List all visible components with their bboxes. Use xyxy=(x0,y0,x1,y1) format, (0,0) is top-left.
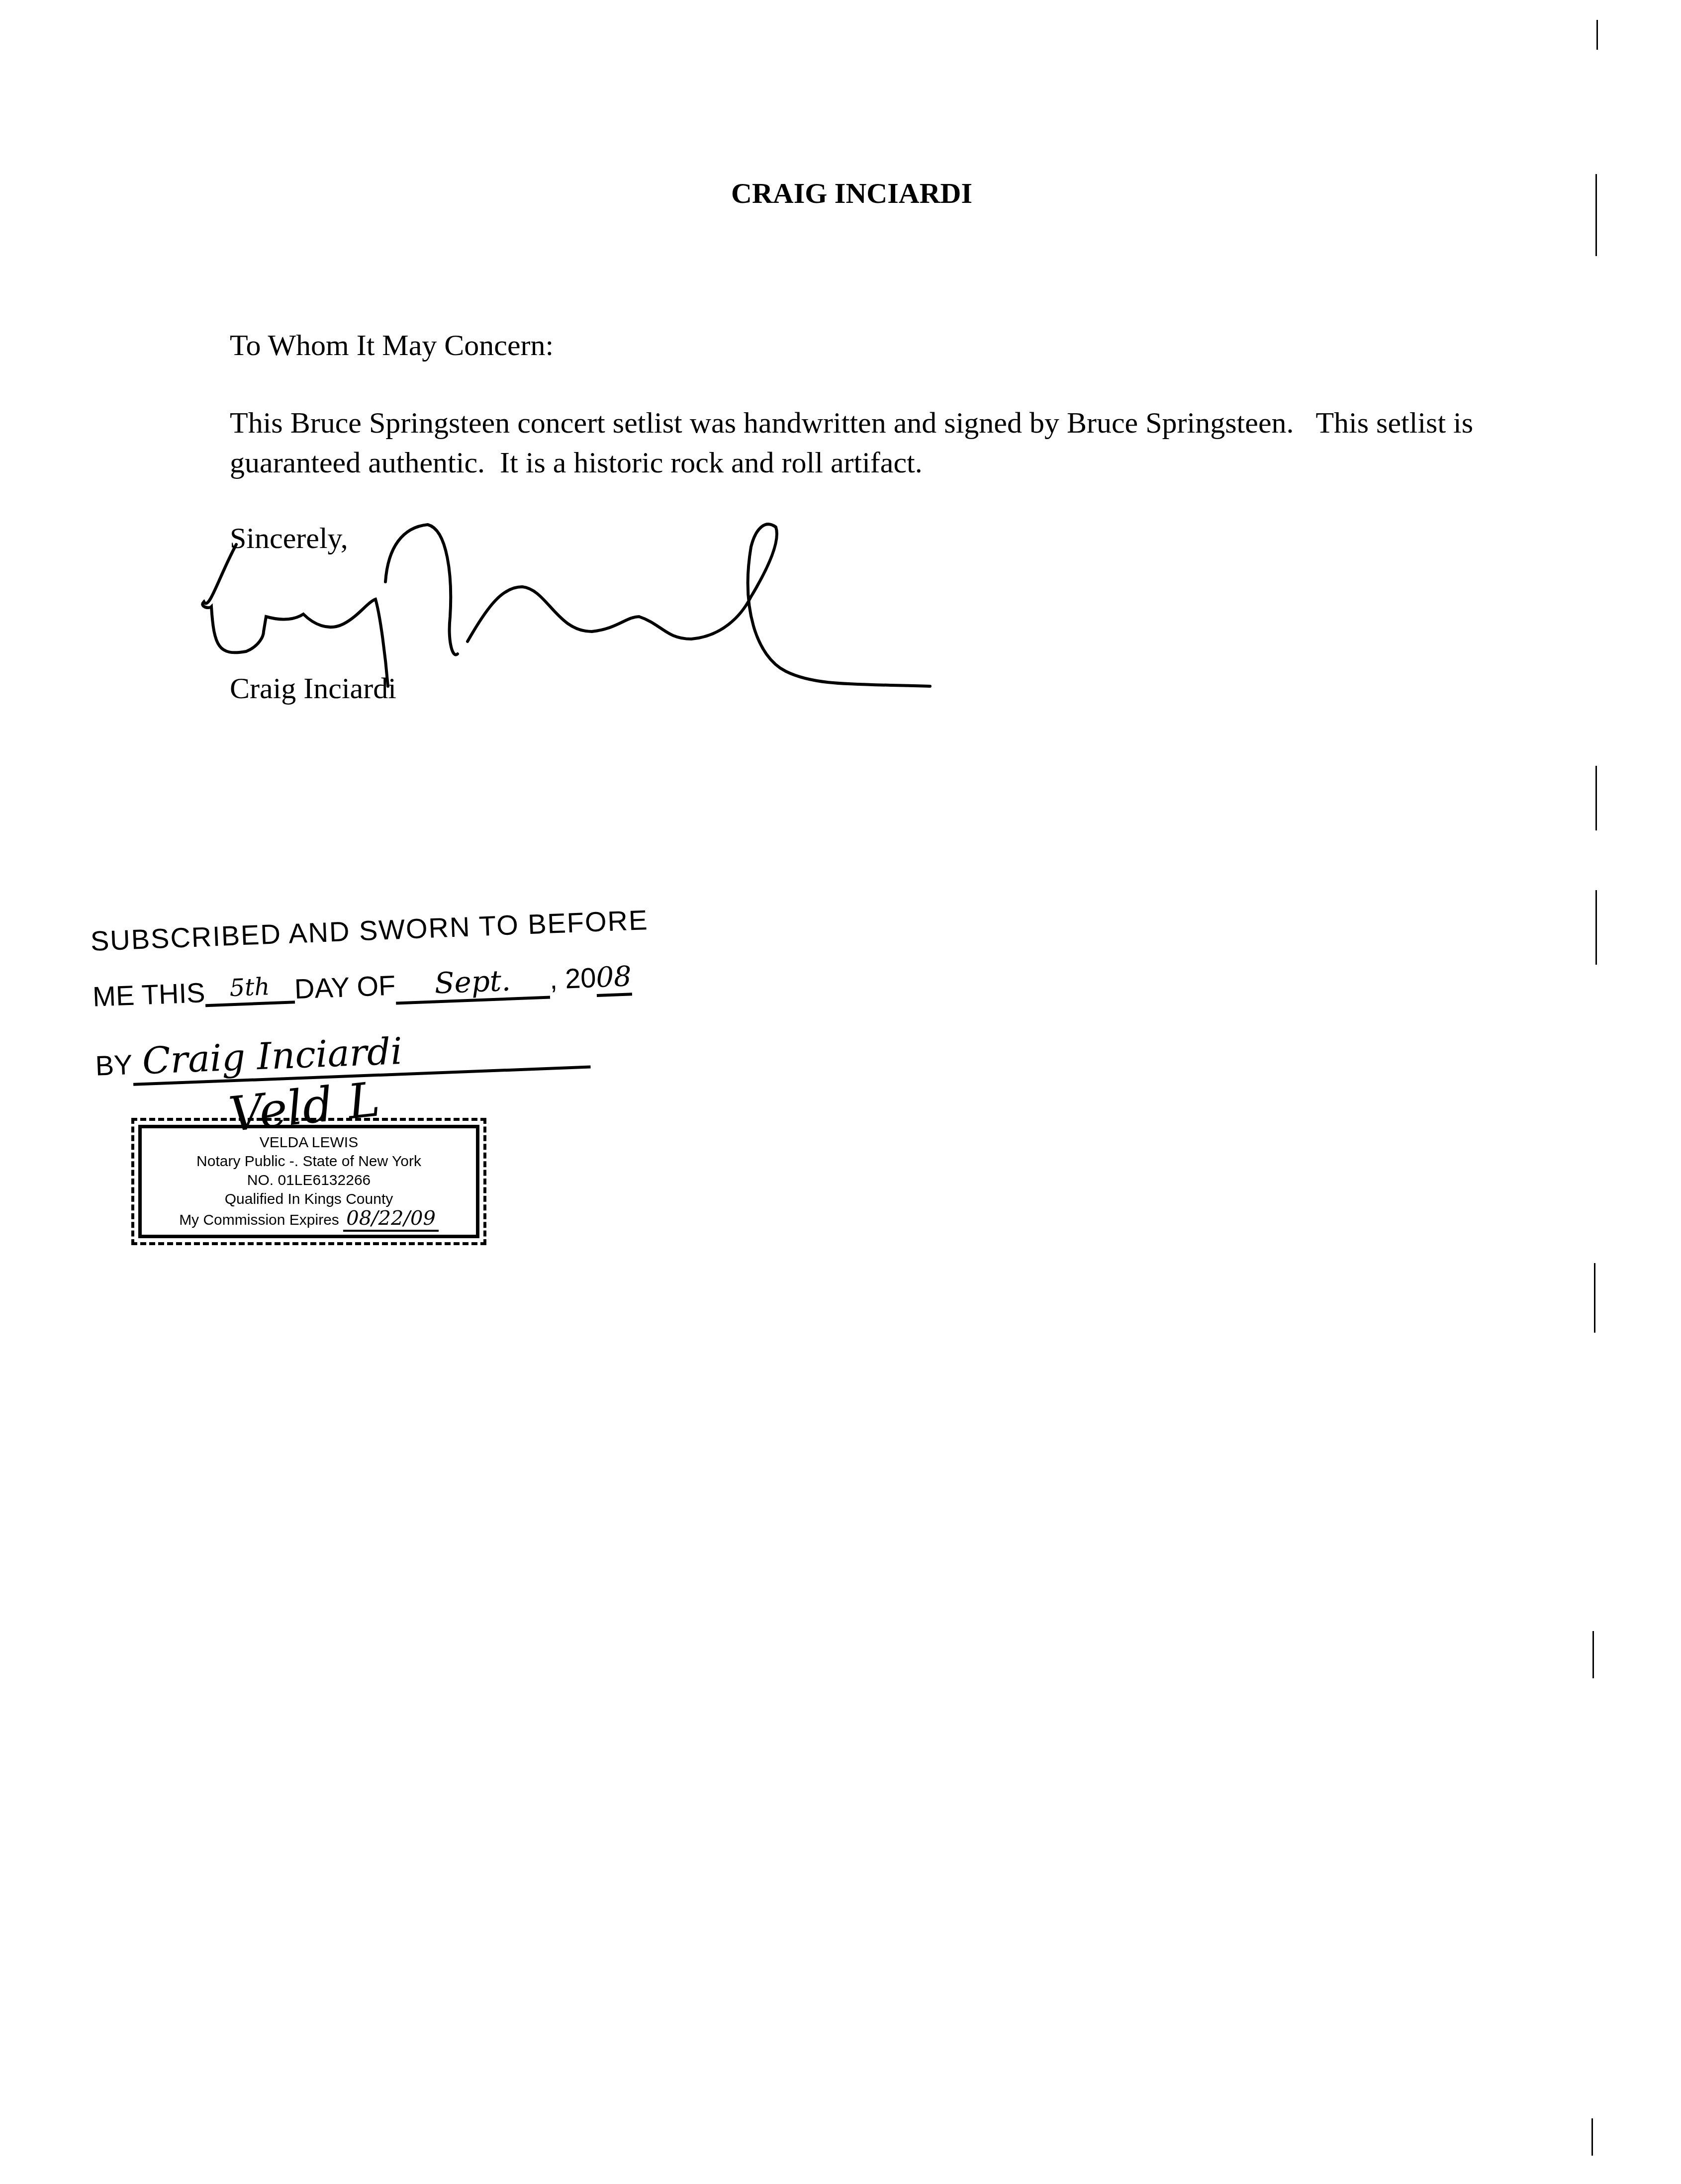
expires-value: 08/22/09 xyxy=(343,1207,439,1232)
jurat-heading: SUBSCRIBED AND SWORN TO BEFORE xyxy=(90,904,649,957)
handwritten-signature-icon xyxy=(189,517,945,696)
notary-expiration: My Commission Expires 08/22/09 xyxy=(142,1209,476,1230)
signer-name: Craig Inciardi xyxy=(230,671,396,706)
day-of-label: DAY OF xyxy=(294,970,396,1005)
scan-edge-mark xyxy=(1595,766,1597,830)
month-value: Sept. xyxy=(434,964,511,1001)
jurat-date-line: ME THIS5thDAY OFSept., 2008 xyxy=(92,959,632,1016)
year-suffix: 08 xyxy=(595,960,632,997)
day-value: 5th xyxy=(229,973,271,1002)
salutation: To Whom It May Concern: xyxy=(230,328,554,363)
month-field: Sept. xyxy=(395,962,551,1005)
notary-number: NO. 01LE6132266 xyxy=(142,1171,476,1190)
notary-county: Qualified In Kings County xyxy=(142,1190,476,1209)
notary-stamp: VELDA LEWIS Notary Public -. State of Ne… xyxy=(138,1125,479,1238)
scan-edge-mark xyxy=(1594,1263,1595,1333)
me-this-label: ME THIS xyxy=(92,977,205,1012)
year-prefix: , 20 xyxy=(549,962,597,995)
scan-edge-mark xyxy=(1595,174,1597,256)
notary-name: VELDA LEWIS xyxy=(142,1133,476,1152)
scan-edge-mark xyxy=(1591,2118,1593,2156)
scan-edge-mark xyxy=(1596,20,1598,50)
letter-body: This Bruce Springsteen concert setlist w… xyxy=(230,403,1533,482)
day-field: 5th xyxy=(204,973,295,1007)
by-label: BY xyxy=(94,1049,133,1082)
scan-edge-mark xyxy=(1592,1631,1594,1678)
scan-edge-mark xyxy=(1595,890,1597,965)
notary-title: Notary Public -. State of New York xyxy=(142,1152,476,1171)
letterhead-name: CRAIG INCIARDI xyxy=(731,177,972,210)
expires-label: My Commission Expires xyxy=(179,1212,339,1228)
